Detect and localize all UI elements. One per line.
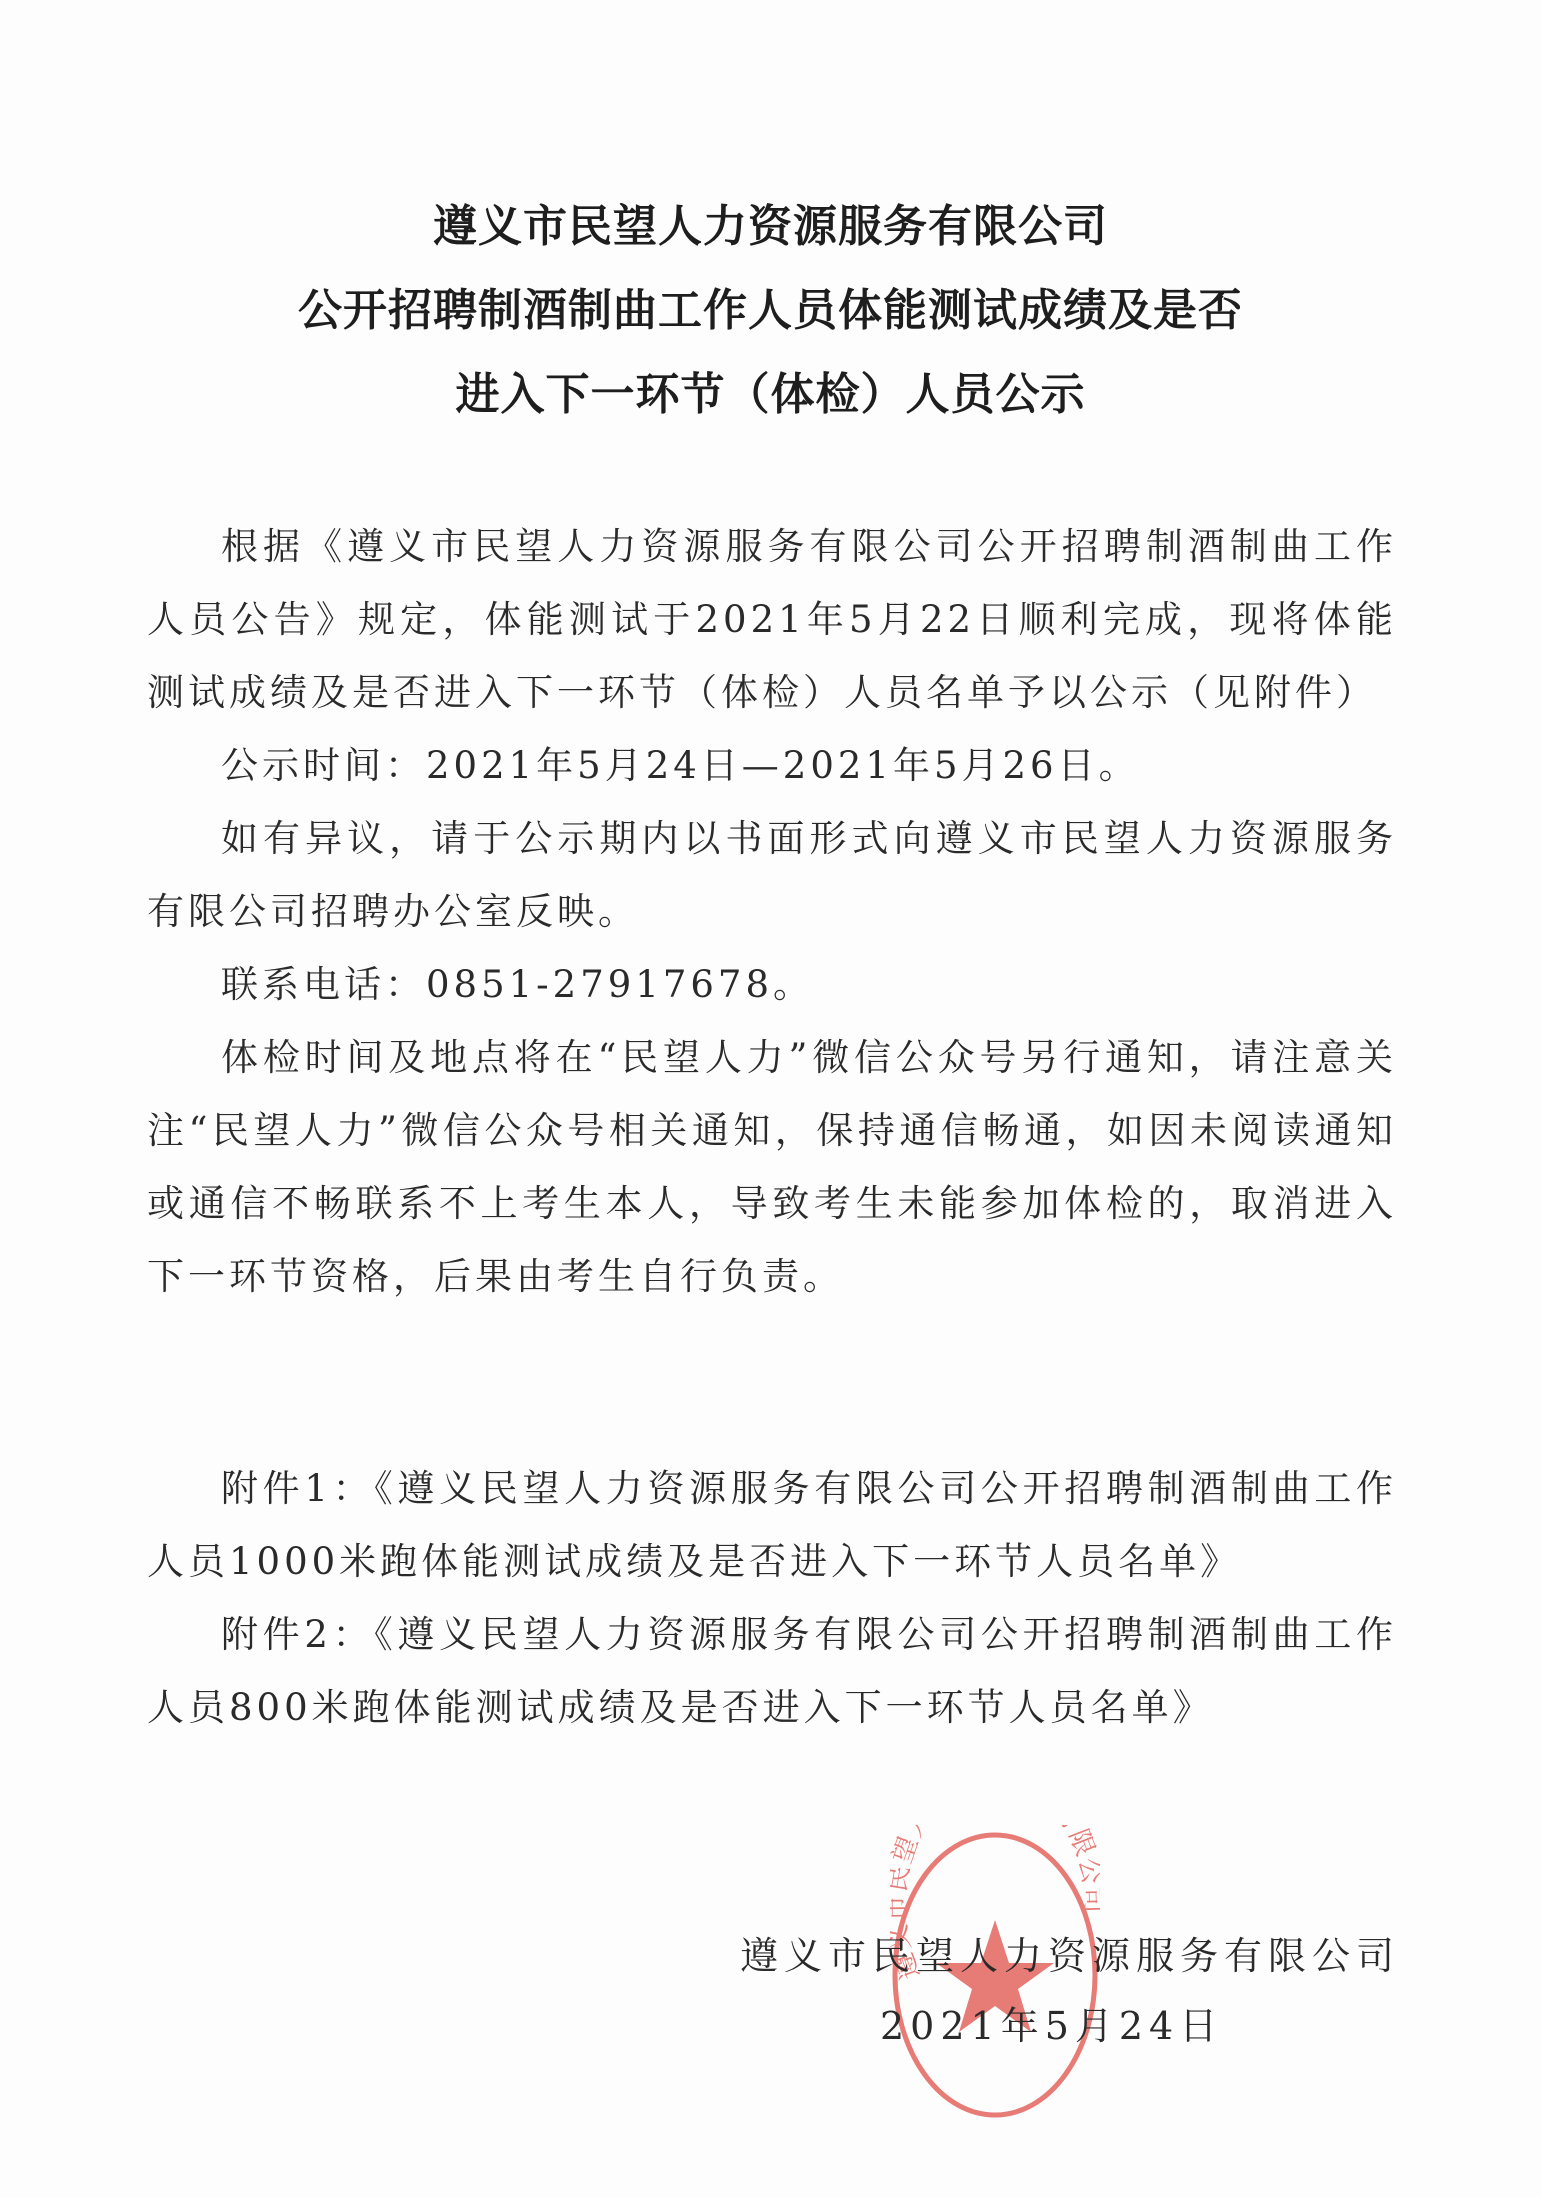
title-line-2: 公开招聘制酒制曲工作人员体能测试成绩及是否 [0,269,1541,353]
title-line-1: 遵义市民望人力资源服务有限公司 [0,185,1541,269]
title-line-3: 进入下一环节（体检）人员公示 [0,353,1541,437]
document-title: 遵义市民望人力资源服务有限公司 公开招聘制酒制曲工作人员体能测试成绩及是否 进入… [0,185,1541,437]
document-body: 根据《遵义市民望人力资源服务有限公司公开招聘制酒制曲工作人员公告》规定，体能测试… [147,510,1397,1313]
attachment-1: 附件1：《遵义民望人力资源服务有限公司公开招聘制酒制曲工作人员1000米跑体能测… [147,1452,1397,1598]
paragraph-publicity-period: 公示时间：2021年5月24日—2021年5月26日。 [147,729,1397,802]
document-page: 遵义市民望人力资源服务有限公司 公开招聘制酒制曲工作人员体能测试成绩及是否 进入… [0,0,1541,2198]
signature-organization: 遵义市民望人力资源服务有限公司 [740,1925,1400,1980]
paragraph-contact-phone: 联系电话：0851-27917678。 [147,948,1397,1021]
attachments-list: 附件1：《遵义民望人力资源服务有限公司公开招聘制酒制曲工作人员1000米跑体能测… [147,1452,1397,1744]
paragraph-physical-exam-notice: 体检时间及地点将在“民望人力”微信公众号另行通知，请注意关注“民望人力”微信公众… [147,1021,1397,1313]
attachment-2: 附件2：《遵义民望人力资源服务有限公司公开招聘制酒制曲工作人员800米跑体能测试… [147,1598,1397,1744]
paragraph-objection: 如有异议，请于公示期内以书面形式向遵义市民望人力资源服务有限公司招聘办公室反映。 [147,802,1397,948]
signature-date: 2021年5月24日 [880,1995,1223,2050]
paragraph-basis: 根据《遵义市民望人力资源服务有限公司公开招聘制酒制曲工作人员公告》规定，体能测试… [147,510,1397,729]
